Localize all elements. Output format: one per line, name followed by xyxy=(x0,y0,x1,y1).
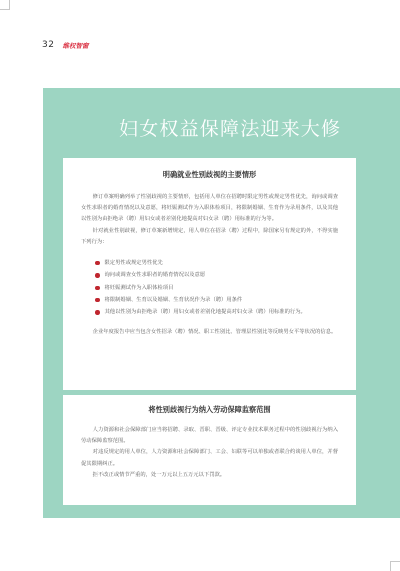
card-employment-discrimination: 明确就业性别歧视的主要情形 修订草案明确列举了性别歧视的主要情形，包括用人单位在… xyxy=(63,158,356,390)
card-labor-supervision: 将性别歧视行为纳入劳动保障监察范围 人力资源和社会保障部门应当将招聘、录取、晋职… xyxy=(63,395,356,505)
paragraph: 人力资源和社会保障部门应当将招聘、录取、晋职、晋级、评定专业技术职务过程中的性别… xyxy=(81,425,338,447)
section-tag: 维权智窗 xyxy=(62,41,88,50)
list-item: 限定男性或规定男性优先 xyxy=(95,257,338,269)
list-item: 其他以性别为由拒绝录（聘）用妇女或者差别化地提高对妇女录（聘）用标准的行为。 xyxy=(95,306,338,318)
list-item: 将妊娠测试作为入职体检项目 xyxy=(95,282,338,294)
feature-panel: 妇女权益保障法迎来大修 明确就业性别歧视的主要情形 修订草案明确列举了性别歧视的… xyxy=(43,88,400,518)
paragraph: 对违反规定的用人单位，人力资源和社会保障部门、工会、妇联等可以单独或者联合约谈用… xyxy=(81,447,338,469)
page-number: 32 xyxy=(42,40,54,50)
prohibited-behaviors-list: 限定男性或规定男性优先 询问或调查女性求职者的婚育情况以及意愿 将妊娠测试作为入… xyxy=(95,257,338,318)
bullet-dot-icon xyxy=(95,261,100,266)
list-item: 将限制婚姻、生育以及婚姻、生育状况作为录（聘）用条件 xyxy=(95,294,338,306)
card-title: 明确就业性别歧视的主要情形 xyxy=(81,158,338,192)
page-header: 32 维权智窗 xyxy=(42,40,88,50)
bullet-dot-icon xyxy=(95,298,100,303)
paragraph: 针对就业性别歧视，修订草案新增规定，用人单位在招录（聘）过程中，除国家另有规定的… xyxy=(81,226,338,248)
crop-mark-bottom-right xyxy=(390,561,400,571)
bullet-dot-icon xyxy=(95,273,100,278)
paragraph: 拒不改正或情节严重的，处一万元以上五万元以下罚款。 xyxy=(81,470,338,481)
paragraph: 修订草案明确列举了性别歧视的主要情形，包括用人单位在招聘时限定男性或规定男性优先… xyxy=(81,192,338,226)
list-item-text: 将限制婚姻、生育以及婚姻、生育状况作为录（聘）用条件 xyxy=(105,294,243,306)
card-title: 将性别歧视行为纳入劳动保障监察范围 xyxy=(81,395,338,425)
list-item-text: 其他以性别为由拒绝录（聘）用妇女或者差别化地提高对妇女录（聘）用标准的行为。 xyxy=(105,306,306,318)
bullet-dot-icon xyxy=(95,310,100,315)
list-item: 询问或调查女性求职者的婚育情况以及意愿 xyxy=(95,269,338,281)
bullet-dot-icon xyxy=(95,286,100,291)
list-item-text: 限定男性或规定男性优先 xyxy=(105,257,163,269)
paragraph: 企业年度报告中应当包含女性招录（聘）情况、职工性别比、管理层性别比等反映男女平等… xyxy=(81,327,338,338)
crop-mark-top-left xyxy=(0,0,10,10)
main-title: 妇女权益保障法迎来大修 xyxy=(119,114,341,141)
list-item-text: 将妊娠测试作为入职体检项目 xyxy=(105,282,174,294)
list-item-text: 询问或调查女性求职者的婚育情况以及意愿 xyxy=(105,269,206,281)
